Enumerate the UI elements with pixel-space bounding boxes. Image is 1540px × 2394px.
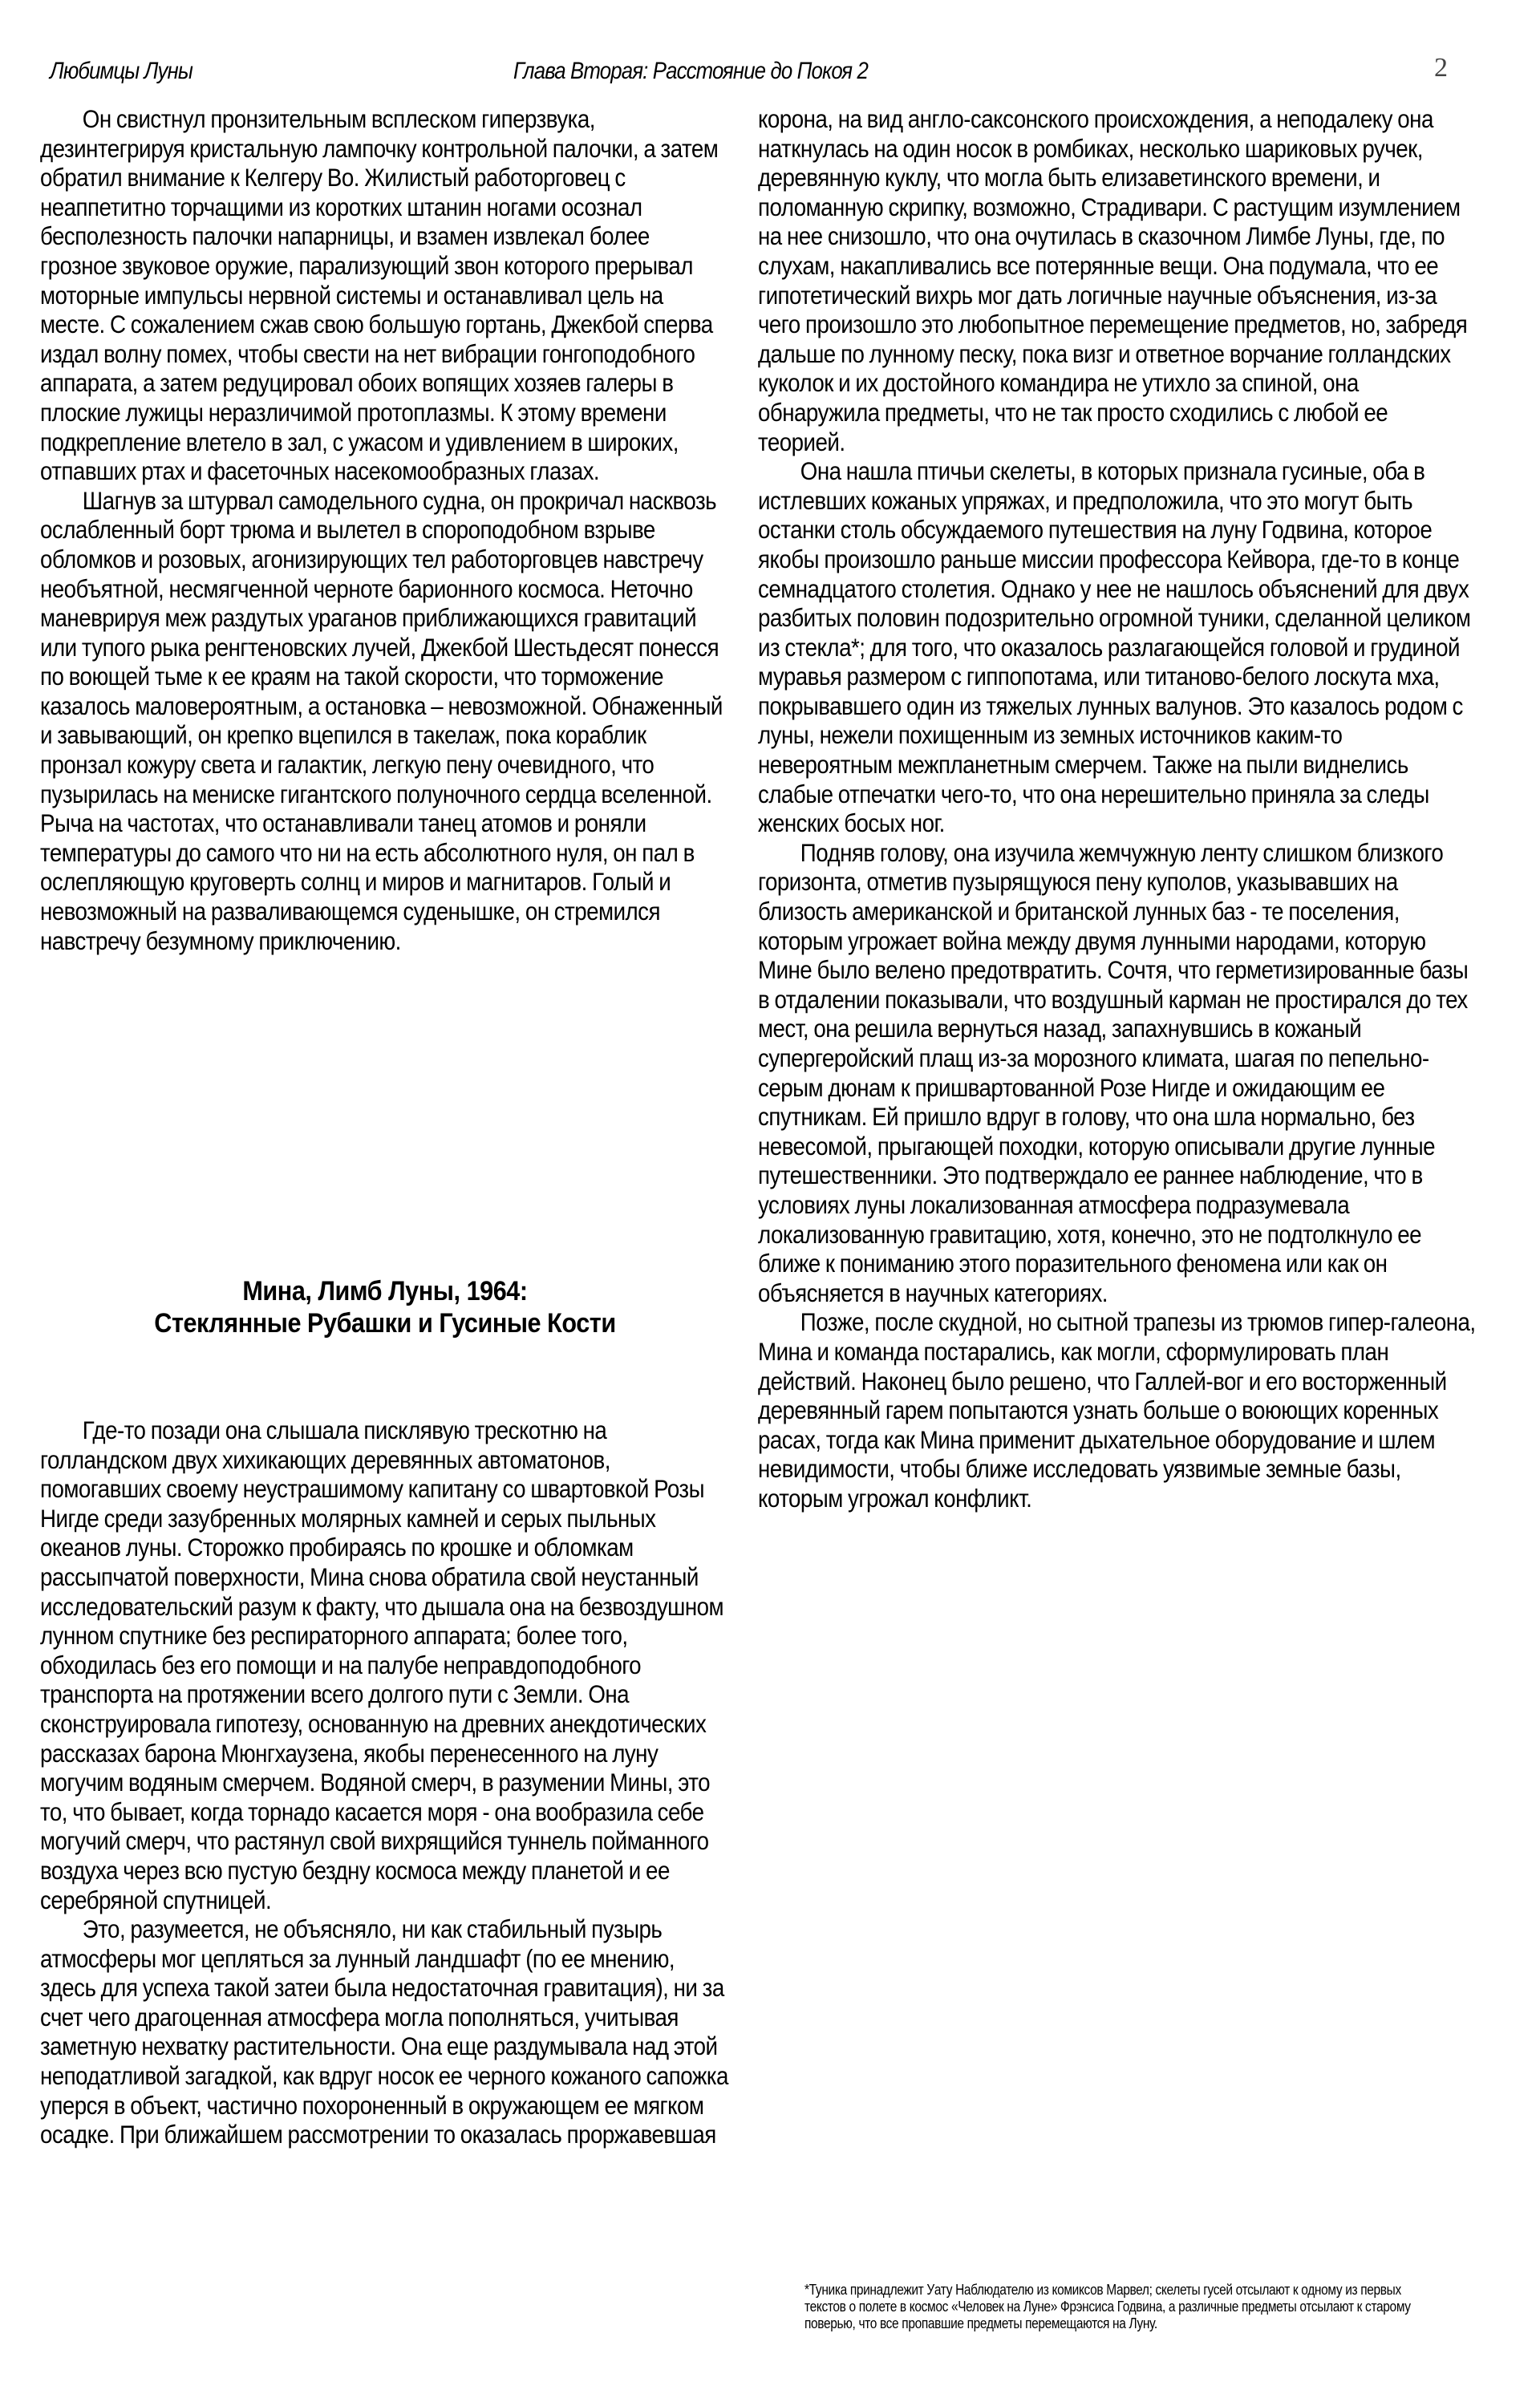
paragraph: Подняв голову, она изучила жемчужную лен… xyxy=(758,838,1480,1308)
page-header: Любимцы Луны Глава Вторая: Расстояние до… xyxy=(0,0,1540,96)
right-column: корона, на вид англо-саксонского происхо… xyxy=(758,104,1480,1513)
section-heading-line-2: Стеклянные Рубашки и Гусиные Кости xyxy=(75,1307,695,1339)
chapter-title: Глава Вторая: Расстояние до Покоя 2 xyxy=(513,58,868,85)
paragraph: Шагнув за штурвал самодельного судна, он… xyxy=(40,486,730,956)
section-body: Где-то позади она слышала писклявую трес… xyxy=(40,1416,730,2149)
paragraph: корона, на вид англо-саксонского происхо… xyxy=(758,104,1480,456)
footnote: *Туника принадлежит Уату Наблюдателю из … xyxy=(804,2282,1412,2332)
book-title: Любимцы Луны xyxy=(50,58,192,85)
paragraph: Он свистнул пронзительным всплеском гипе… xyxy=(40,104,730,486)
paragraph: Где-то позади она слышала писклявую трес… xyxy=(40,1416,730,1914)
paragraph: Позже, после скудной, но сытной трапезы … xyxy=(758,1307,1480,1513)
left-column: Он свистнул пронзительным всплеском гипе… xyxy=(40,104,730,955)
paragraph: Она нашла птичьи скелеты, в которых приз… xyxy=(758,456,1480,838)
page-number: 2 xyxy=(1434,53,1448,83)
paragraph: Это, разумеется, не объясняло, ни как ст… xyxy=(40,1914,730,2149)
section-heading-line-1: Мина, Лимб Луны, 1964: xyxy=(75,1275,695,1307)
section-heading: Мина, Лимб Луны, 1964: Стеклянные Рубашк… xyxy=(40,1275,730,1339)
